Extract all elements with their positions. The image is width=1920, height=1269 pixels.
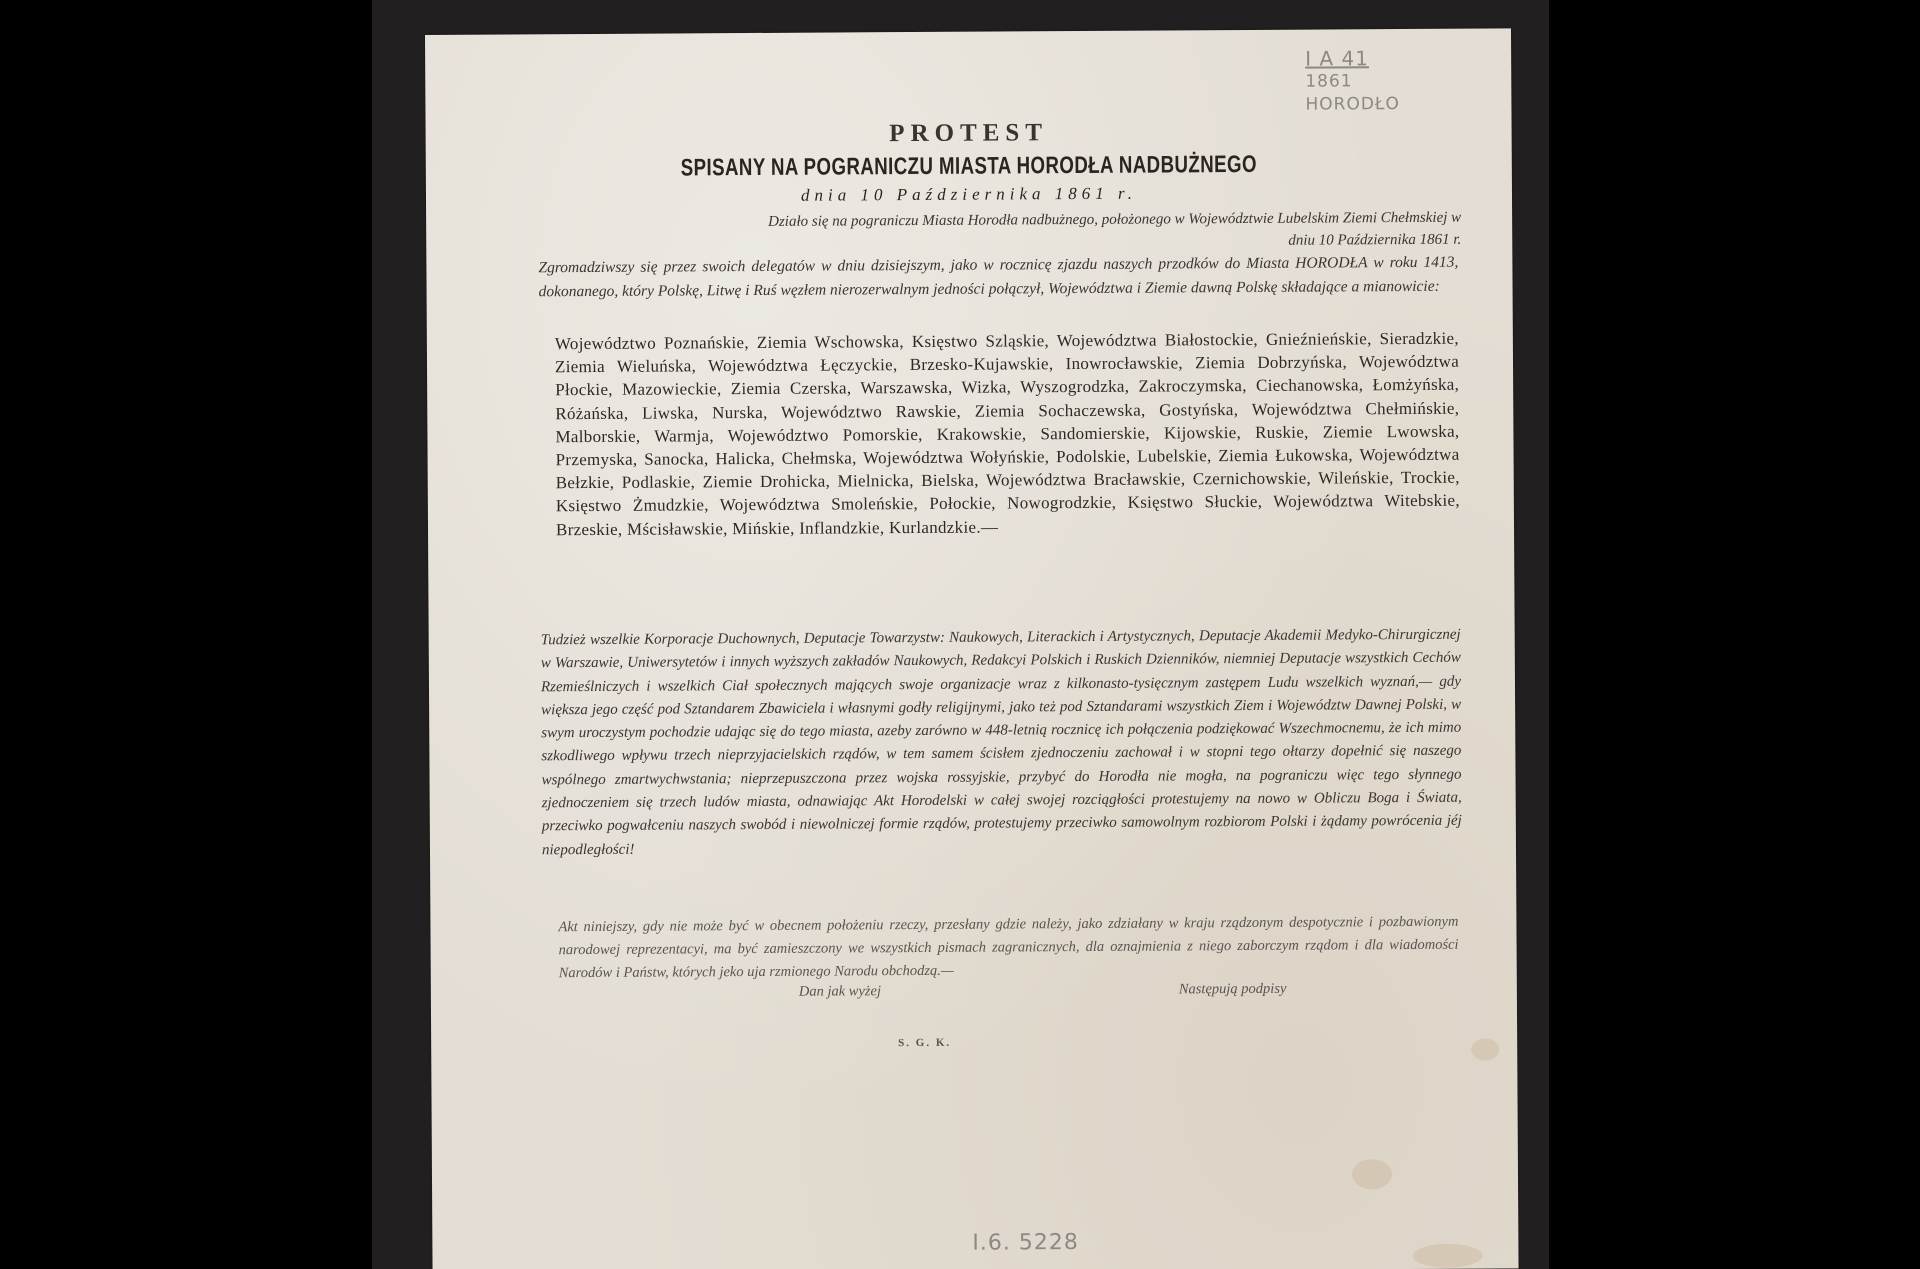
archive-place: HORODŁO	[1305, 93, 1400, 117]
paragraph-1-text: Zgromadziwszy się przez swoich delegatów…	[538, 251, 1458, 304]
opening-statement: Działo się na pograniczu Miasta Horodła …	[746, 207, 1461, 255]
signoff-signatures: Następują podpisy	[1179, 981, 1287, 999]
pencil-catalog-number: I.6. 5228	[972, 1231, 1079, 1255]
regions-list-text: Województwo Poznańskie, Ziemia Wschowska…	[539, 327, 1460, 541]
archive-signature: I A 41	[1305, 47, 1400, 71]
paper-stain	[1412, 1244, 1482, 1268]
paragraph-publication: Akt niniejszy, gdy nie może być w obecne…	[558, 911, 1458, 985]
signoff-date: Dan jak wyżej	[799, 983, 881, 1001]
document-page: I A 41 1861 HORODŁO PROTEST SPISANY NA P…	[425, 28, 1519, 1269]
document-subtitle: SPISANY NA POGRANICZU MIASTA HORODŁA NAD…	[545, 150, 1392, 183]
document-date: dnia 10 Października 1861 r.	[426, 181, 1512, 208]
printer-mark: S. G. K.	[898, 1037, 951, 1049]
paragraph-protest: Tudzież wszelkie Korporacje Duchownych, …	[541, 624, 1462, 863]
paragraph-3-text: Akt niniejszy, gdy nie może być w obecne…	[558, 911, 1458, 985]
regions-list: Województwo Poznańskie, Ziemia Wschowska…	[539, 327, 1460, 541]
paragraph-2-text: Tudzież wszelkie Korporacje Duchownych, …	[541, 624, 1462, 863]
paper-stain	[1471, 1038, 1499, 1060]
paper-stain	[1352, 1159, 1392, 1189]
document-title: PROTEST	[426, 116, 1512, 151]
archive-year: 1861	[1305, 70, 1400, 94]
pencil-archive-note: I A 41 1861 HORODŁO	[1305, 47, 1400, 117]
paragraph-assembly: Zgromadziwszy się przez swoich delegatów…	[538, 251, 1458, 304]
